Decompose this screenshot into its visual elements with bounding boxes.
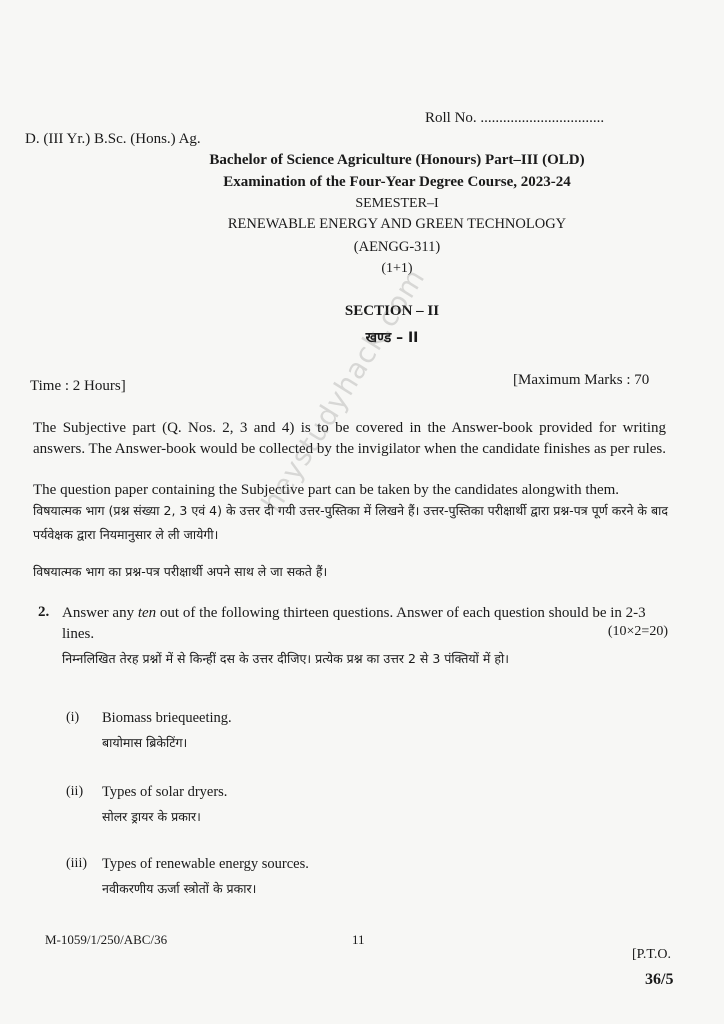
- question-text: Answer any ten out of the following thir…: [62, 603, 672, 645]
- credit-hours: (1+1): [35, 261, 724, 277]
- item-text: Types of renewable energy sources.: [102, 856, 309, 873]
- instruction-english-2: The question paper containing the Subjec…: [33, 480, 666, 501]
- item-text: Biomass briequeeting.: [102, 710, 232, 727]
- time-allowed: Time : 2 Hours]: [30, 378, 126, 395]
- item-text-hindi: नवीकरणीय ऊर्जा स्त्रोतों के प्रकार।: [102, 880, 256, 897]
- set-number: 36/5: [645, 971, 673, 989]
- course-code-line: D. (III Yr.) B.Sc. (Hons.) Ag.: [25, 131, 201, 148]
- subject-code: (AENGG-311): [35, 239, 724, 256]
- question-text-emphasis: ten: [138, 605, 156, 621]
- item-number: (i): [66, 710, 79, 726]
- item-text: Types of solar dryers.: [102, 784, 227, 801]
- instruction-english-1: The Subjective part (Q. Nos. 2, 3 and 4)…: [33, 418, 666, 460]
- page-number: 11: [352, 932, 365, 948]
- degree-title: Bachelor of Science Agriculture (Honours…: [35, 152, 724, 169]
- item-number: (iii): [66, 856, 87, 872]
- question-marks: (10×2=20): [608, 624, 668, 640]
- instruction-hindi-1: विषयात्मक भाग (प्रश्न संख्या 2, 3 एवं 4)…: [33, 499, 673, 547]
- question-text-hindi: निम्नलिखित तेरह प्रश्नों में से किन्हीं …: [62, 650, 509, 667]
- section-heading: SECTION – II: [30, 303, 724, 320]
- subject-title: RENEWABLE ENERGY AND GREEN TECHNOLOGY: [35, 216, 724, 233]
- semester: SEMESTER–I: [35, 196, 724, 212]
- item-number: (ii): [66, 784, 83, 800]
- maximum-marks: [Maximum Marks : 70: [513, 372, 649, 389]
- item-text-hindi: बायोमास ब्रिकेटिंग।: [102, 734, 187, 751]
- roll-number-field: Roll No. ...............................…: [425, 110, 604, 127]
- paper-code: M-1059/1/250/ABC/36: [45, 932, 167, 948]
- instruction-hindi-2: विषयात्मक भाग का प्रश्न-पत्र परीक्षार्थी…: [33, 560, 673, 584]
- exam-paper-page: Roll No. ...............................…: [0, 0, 724, 1024]
- please-turn-over: [P.T.O.: [632, 947, 671, 963]
- section-heading-hindi: खण्ड – II: [30, 328, 724, 347]
- exam-title: Examination of the Four-Year Degree Cour…: [35, 174, 724, 191]
- question-text-part: Answer any: [62, 605, 138, 621]
- item-text-hindi: सोलर ड्रायर के प्रकार।: [102, 808, 201, 825]
- question-number: 2.: [38, 604, 49, 621]
